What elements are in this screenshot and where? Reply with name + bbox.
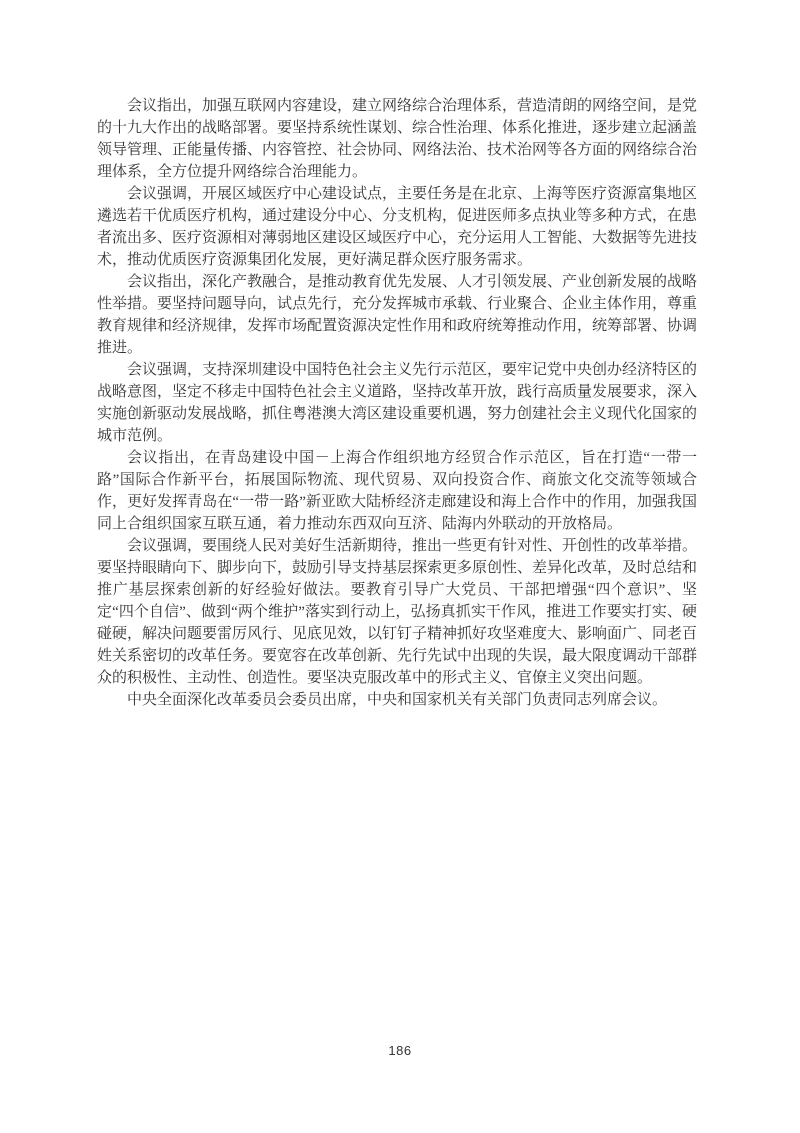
- document-page: 会议指出，加强互联网内容建设，建立网络综合治理体系，营造清朗的网络空间，是党的十…: [0, 0, 800, 1133]
- paragraph-reform-measures: 会议强调，要围绕人民对美好生活新期待，推出一些更有针对性、开创性的改革举措。要坚…: [97, 535, 697, 689]
- paragraph-shenzhen-pilot-zone: 会议强调，支持深圳建设中国特色社会主义先行示范区，要牢记党中央创办经济特区的战略…: [97, 359, 697, 447]
- document-body: 会议指出，加强互联网内容建设，建立网络综合治理体系，营造清朗的网络空间，是党的十…: [97, 95, 697, 711]
- paragraph-attendees: 中央全面深化改革委员会委员出席，中央和国家机关有关部门负责同志列席会议。: [97, 689, 697, 711]
- paragraph-regional-medical-centers: 会议强调，开展区域医疗中心建设试点，主要任务是在北京、上海等医疗资源富集地区遴选…: [97, 183, 697, 271]
- paragraph-industry-education-integration: 会议指出，深化产教融合，是推动教育优先发展、人才引领发展、产业创新发展的战略性举…: [97, 271, 697, 359]
- page-footer: 186: [0, 1042, 800, 1060]
- paragraph-internet-governance: 会议指出，加强互联网内容建设，建立网络综合治理体系，营造清朗的网络空间，是党的十…: [97, 95, 697, 183]
- page-number: 186: [388, 1043, 411, 1058]
- paragraph-qingdao-sco-zone: 会议指出，在青岛建设中国－上海合作组织地方经贸合作示范区，旨在打造“一带一路”国…: [97, 447, 697, 535]
